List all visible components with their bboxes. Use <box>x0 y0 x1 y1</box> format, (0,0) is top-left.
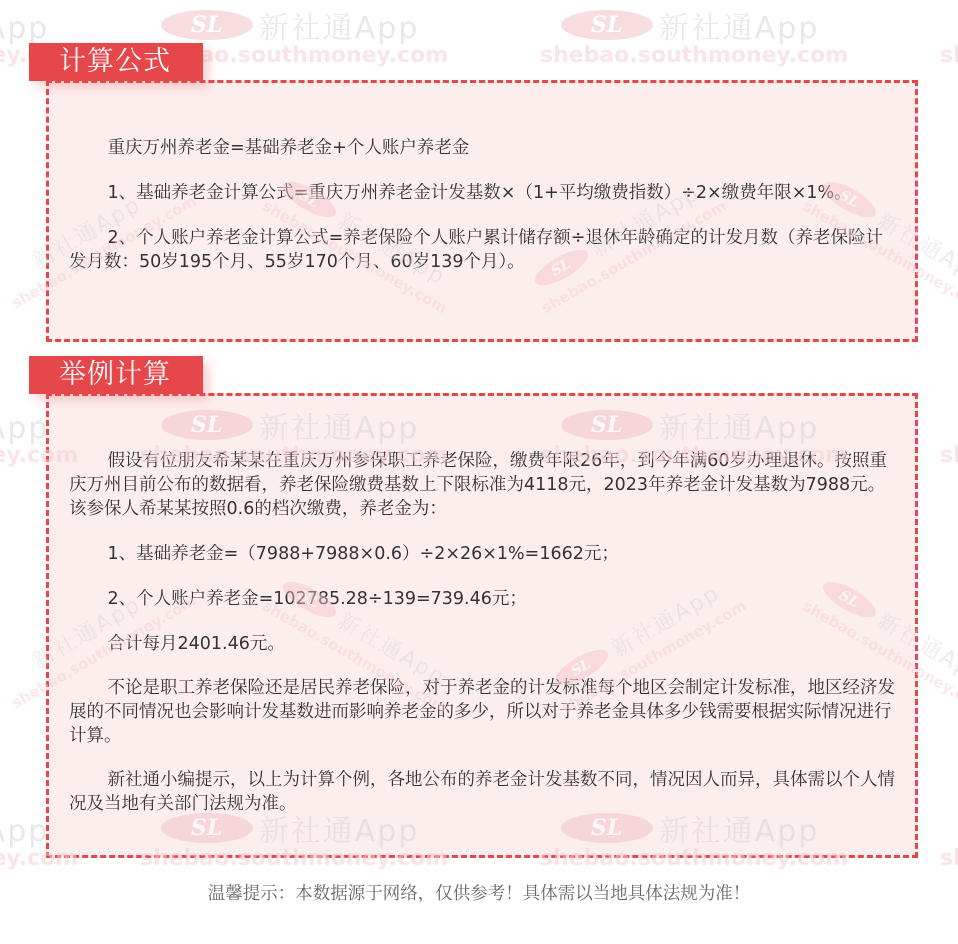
example-explanation: 不论是职工养老保险还是居民养老保险，对于养老金的计发标准每个地区会制定计发标准，… <box>69 676 897 748</box>
watermark: SL新社通App shebao.southmoney.com <box>940 405 958 468</box>
formula-basic-pension: 1、基础养老金计算公式=重庆万州养老金计发基数×（1+平均缴费指数）÷2×缴费年… <box>69 181 897 205</box>
footer-disclaimer: 温馨提示：本数据源于网络，仅供参考！具体需以当地具体法规为准！ <box>0 880 958 905</box>
sl-logo-icon: SL <box>161 10 253 40</box>
formula-box: 重庆万州养老金=基础养老金+个人账户养老金 1、基础养老金计算公式=重庆万州养老… <box>46 80 918 342</box>
example-scenario: 假设有位朋友希某某在重庆万州参保职工养老保险，缴费年限26年，到今年满60岁办理… <box>69 449 897 521</box>
example-editor-tip: 新社通小编提示，以上为计算个例，各地公布的养老金计发基数不同，情况因人而异，具体… <box>69 768 897 816</box>
section-title-formula: 计算公式 <box>29 43 203 81</box>
watermark: SL新社通App shebao.southmoney.com <box>940 5 958 68</box>
example-total: 合计每月2401.46元。 <box>69 632 897 656</box>
example-box: 假设有位朋友希某某在重庆万州参保职工养老保险，缴费年限26年，到今年满60岁办理… <box>46 393 918 858</box>
watermark: SL新社通App shebao.southmoney.com <box>940 808 958 871</box>
sl-logo-icon: SL <box>561 10 653 40</box>
section-title-example: 举例计算 <box>29 356 203 394</box>
example-basic-pension: 1、基础养老金=（7988+7988×0.6）÷2×26×1%=1662元； <box>69 542 897 566</box>
watermark: SL新社通App shebao.southmoney.com <box>540 5 840 68</box>
formula-personal-account: 2、个人账户养老金计算公式=养老保险个人账户累计储存额÷退休年龄确定的计发月数（… <box>69 226 897 274</box>
formula-overview: 重庆万州养老金=基础养老金+个人账户养老金 <box>69 136 897 160</box>
example-personal-account: 2、个人账户养老金=102785.28÷139=739.46元； <box>69 587 897 611</box>
